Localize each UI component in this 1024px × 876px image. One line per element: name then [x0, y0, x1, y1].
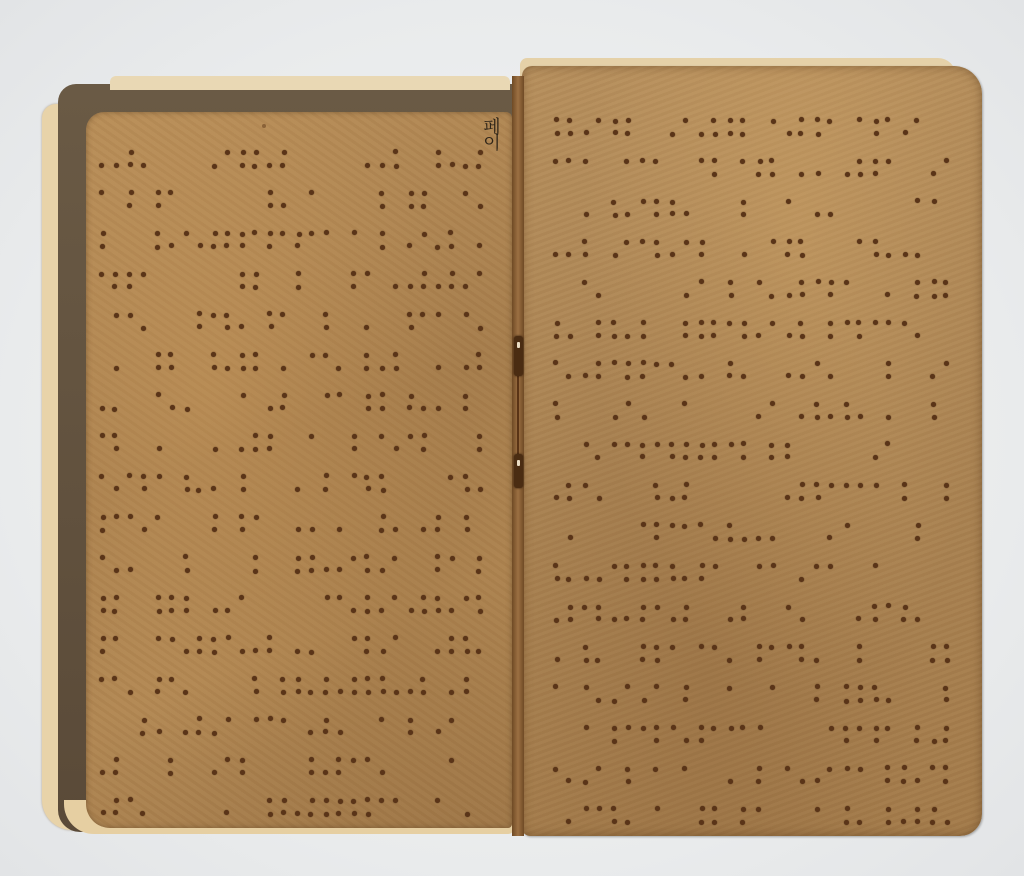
braille-dot: [252, 164, 257, 169]
braille-dot: [239, 514, 244, 519]
braille-dot: [435, 567, 440, 572]
braille-dot: [197, 716, 202, 721]
braille-dot: [915, 253, 920, 258]
braille-dot: [944, 483, 949, 488]
braille-dot: [742, 537, 747, 542]
braille-dot: [393, 798, 398, 803]
braille-dot: [684, 685, 689, 690]
braille-dot: [857, 820, 862, 825]
braille-dot: [184, 596, 189, 601]
braille-dot: [477, 434, 482, 439]
braille-dot: [113, 636, 118, 641]
braille-dot: [239, 324, 244, 329]
braille-dot: [684, 482, 689, 487]
braille-dot: [226, 635, 231, 640]
braille-dot: [253, 648, 258, 653]
braille-dot: [555, 131, 560, 136]
braille-dot: [930, 765, 935, 770]
braille-dot: [421, 595, 426, 600]
braille-dot: [224, 810, 229, 815]
braille-dot: [142, 486, 147, 491]
braille-dot: [700, 240, 705, 245]
braille-dot: [770, 685, 775, 690]
braille-dot: [420, 312, 425, 317]
braille-dot: [380, 568, 385, 573]
braille-dot: [798, 321, 803, 326]
braille-dot: [670, 496, 675, 501]
braille-dot: [844, 280, 849, 285]
braille-dot: [915, 280, 920, 285]
braille-dot: [699, 132, 704, 137]
braille-dot: [713, 536, 718, 541]
braille-dot: [553, 159, 558, 164]
braille-dot: [873, 159, 878, 164]
braille-dot: [170, 405, 175, 410]
braille-dot: [757, 657, 762, 662]
braille-dot: [449, 244, 454, 249]
braille-dot: [800, 482, 805, 487]
braille-dot: [323, 487, 328, 492]
braille-dot: [408, 284, 413, 289]
braille-dot: [844, 684, 849, 689]
braille-dot: [624, 159, 629, 164]
braille-dot: [654, 738, 659, 743]
braille-dot: [309, 434, 314, 439]
braille-dot: [253, 366, 258, 371]
braille-dot: [420, 677, 425, 682]
braille-dot: [727, 523, 732, 528]
braille-dot: [566, 819, 571, 824]
braille-dot: [241, 487, 246, 492]
braille-dot: [554, 334, 559, 339]
braille-dot: [932, 279, 937, 284]
braille-dot: [407, 243, 412, 248]
braille-dot: [885, 117, 890, 122]
braille-dot: [323, 353, 328, 358]
braille-dot: [211, 244, 216, 249]
braille-dot: [886, 374, 891, 379]
braille-dot: [365, 636, 370, 641]
braille-dot: [873, 320, 878, 325]
braille-dot: [337, 392, 342, 397]
braille-dot: [611, 806, 616, 811]
braille-dot: [268, 406, 273, 411]
braille-dot: [253, 285, 258, 290]
braille-dot: [655, 495, 660, 500]
braille-dot: [641, 522, 646, 527]
braille-dot: [449, 758, 454, 763]
braille-dot: [769, 294, 774, 299]
braille-dot: [554, 495, 559, 500]
braille-dot: [295, 811, 300, 816]
braille-dot: [379, 608, 384, 613]
braille-dot: [886, 807, 891, 812]
braille-dot: [582, 605, 587, 610]
braille-dot: [101, 231, 106, 236]
braille-dot: [409, 608, 414, 613]
braille-dot: [612, 334, 617, 339]
braille-dot: [309, 190, 314, 195]
braille-dot: [640, 657, 645, 662]
braille-dot: [100, 649, 105, 654]
braille-dot: [815, 212, 820, 217]
braille-dot: [769, 158, 774, 163]
braille-dot: [323, 312, 328, 317]
braille-dot: [740, 725, 745, 730]
braille-dot: [197, 311, 202, 316]
braille-dot: [596, 766, 601, 771]
braille-dot: [655, 253, 660, 258]
braille-dot: [352, 230, 357, 235]
braille-dot: [815, 415, 820, 420]
braille-dot: [477, 447, 482, 452]
braille-dot: [352, 690, 357, 695]
braille-dot: [309, 757, 314, 762]
braille-dot: [185, 568, 190, 573]
braille-dot: [366, 394, 371, 399]
braille-dot: [874, 726, 879, 731]
braille-dot: [422, 232, 427, 237]
braille-dot: [785, 766, 790, 771]
braille-dot: [127, 284, 132, 289]
braille-dot: [625, 820, 630, 825]
braille-dot: [381, 649, 386, 654]
braille-dot: [169, 677, 174, 682]
braille-dot: [254, 272, 259, 277]
braille-dot: [101, 636, 106, 641]
braille-dot: [596, 118, 601, 123]
braille-dot: [727, 686, 732, 691]
braille-dot: [566, 158, 571, 163]
braille-dot: [241, 366, 246, 371]
braille-dot: [281, 690, 286, 695]
braille-dot: [654, 240, 659, 245]
braille-dot: [713, 132, 718, 137]
braille-dot: [366, 690, 371, 695]
braille-dot: [814, 658, 819, 663]
braille-dot: [845, 806, 850, 811]
braille-dot: [450, 271, 455, 276]
braille-dot: [352, 636, 357, 641]
braille-dot: [597, 496, 602, 501]
braille-dot: [296, 271, 301, 276]
braille-dot: [240, 163, 245, 168]
braille-dot: [310, 527, 315, 532]
braille-dot: [932, 415, 937, 420]
braille-dot: [787, 131, 792, 136]
braille-dot: [157, 609, 162, 614]
braille-dot: [336, 757, 341, 762]
braille-dot: [670, 252, 675, 257]
braille-dot: [463, 284, 468, 289]
braille-dot: [741, 200, 746, 205]
braille-dot: [624, 577, 629, 582]
braille-dot: [902, 321, 907, 326]
braille-dot: [612, 442, 617, 447]
braille-dot: [365, 797, 370, 802]
braille-dot: [380, 676, 385, 681]
braille-dot: [409, 204, 414, 209]
braille-dot: [156, 190, 161, 195]
braille-dot: [670, 523, 675, 528]
braille-dot: [800, 253, 805, 258]
braille-dot: [886, 253, 891, 258]
braille-dot: [771, 563, 776, 568]
braille-dot: [740, 118, 745, 123]
braille-dot: [669, 442, 674, 447]
braille-dot: [253, 555, 258, 560]
braille-dot: [886, 320, 891, 325]
braille-dot: [915, 333, 920, 338]
braille-dot: [858, 414, 863, 419]
braille-dot: [568, 617, 573, 622]
braille-dot: [653, 483, 658, 488]
braille-dot: [857, 644, 862, 649]
braille-dot: [128, 514, 133, 519]
braille-dot: [267, 311, 272, 316]
braille-dot: [408, 730, 413, 735]
braille-dot: [449, 649, 454, 654]
braille-dot: [655, 806, 660, 811]
braille-dot: [829, 726, 834, 731]
braille-dot: [351, 758, 356, 763]
braille-dot: [872, 685, 877, 690]
braille-dot: [814, 402, 819, 407]
braille-dot: [873, 617, 878, 622]
braille-dot: [393, 352, 398, 357]
braille-dot: [844, 738, 849, 743]
braille-dot: [641, 605, 646, 610]
braille-dot: [640, 617, 645, 622]
braille-dot: [142, 527, 147, 532]
braille-dot: [169, 243, 174, 248]
braille-dot: [654, 212, 659, 217]
braille-dot: [626, 779, 631, 784]
braille-dot: [741, 807, 746, 812]
braille-dot: [463, 164, 468, 169]
braille-dot: [477, 365, 482, 370]
braille-dot: [786, 605, 791, 610]
braille-dot: [641, 563, 646, 568]
braille-dot: [449, 690, 454, 695]
braille-dot: [931, 171, 936, 176]
braille-dot: [211, 637, 216, 642]
braille-dot: [756, 807, 761, 812]
braille-dot: [253, 447, 258, 452]
braille-dot: [567, 118, 572, 123]
braille-dot: [566, 374, 571, 379]
braille-dot: [141, 474, 146, 479]
braille-dot: [741, 455, 746, 460]
braille-dot: [421, 690, 426, 695]
braille-dot: [584, 658, 589, 663]
braille-dot: [211, 352, 216, 357]
braille-dot: [366, 406, 371, 411]
braille-dot: [156, 365, 161, 370]
braille-dot: [787, 644, 792, 649]
braille-dot: [252, 676, 257, 681]
braille-dot: [770, 401, 775, 406]
braille-dot: [156, 595, 161, 600]
braille-dot: [281, 810, 286, 815]
braille-dot: [758, 159, 763, 164]
braille-dot: [280, 677, 285, 682]
braille-dot: [654, 725, 659, 730]
braille-dot: [931, 402, 936, 407]
braille-dot: [684, 442, 689, 447]
braille-dot: [800, 334, 805, 339]
binding-stitch: [514, 454, 523, 488]
braille-dot: [829, 483, 834, 488]
braille-dot: [613, 130, 618, 135]
braille-dot: [114, 486, 119, 491]
braille-dot: [596, 605, 601, 610]
braille-dot: [943, 293, 948, 298]
braille-dot: [450, 162, 455, 167]
braille-dot: [625, 334, 630, 339]
braille-dot: [642, 698, 647, 703]
braille-dot: [324, 798, 329, 803]
braille-dot: [129, 190, 134, 195]
braille-dot: [114, 163, 119, 168]
braille-dot: [381, 488, 386, 493]
braille-dot: [351, 556, 356, 561]
braille-dot: [435, 596, 440, 601]
braille-dot: [169, 365, 174, 370]
braille-dot: [184, 231, 189, 236]
braille-dot: [799, 644, 804, 649]
braille-dot: [944, 644, 949, 649]
braille-dot: [463, 406, 468, 411]
braille-dot: [932, 199, 937, 204]
braille-dot: [624, 564, 629, 569]
braille-dot: [684, 293, 689, 298]
braille-dot: [254, 717, 259, 722]
braille-dot: [281, 718, 286, 723]
braille-dot: [379, 717, 384, 722]
braille-dot: [268, 716, 273, 721]
braille-dot: [873, 455, 878, 460]
braille-dot: [268, 434, 273, 439]
braille-dot: [380, 392, 385, 397]
braille-dot: [99, 677, 104, 682]
braille-dot: [476, 649, 481, 654]
braille-dot: [829, 280, 834, 285]
braille-dot: [915, 778, 920, 783]
braille-dot: [729, 293, 734, 298]
braille-dot: [655, 658, 660, 663]
braille-dot: [465, 812, 470, 817]
braille-dot: [814, 697, 819, 702]
braille-dot: [379, 528, 384, 533]
braille-dot: [844, 483, 849, 488]
braille-dot: [669, 362, 674, 367]
braille-dot: [478, 150, 483, 155]
braille-dot: [408, 718, 413, 723]
braille-dot: [828, 564, 833, 569]
braille-dot: [903, 130, 908, 135]
braille-dot: [408, 689, 413, 694]
braille-dot: [324, 812, 329, 817]
braille-dot: [225, 608, 230, 613]
braille-dot: [742, 321, 747, 326]
braille-dot: [770, 321, 775, 326]
braille-dot: [296, 677, 301, 682]
braille-dot: [184, 608, 189, 613]
braille-dot: [641, 726, 646, 731]
braille-dot: [393, 527, 398, 532]
braille-dot: [857, 726, 862, 731]
braille-dot: [170, 637, 175, 642]
braille-dot: [713, 564, 718, 569]
braille-dot: [566, 483, 571, 488]
braille-dot: [477, 271, 482, 276]
braille-dot: [114, 366, 119, 371]
braille-dot: [380, 366, 385, 371]
braille-dot: [197, 636, 202, 641]
braille-dot: [296, 556, 301, 561]
braille-dot: [727, 321, 732, 326]
braille-dot: [280, 312, 285, 317]
braille-dot: [711, 320, 716, 325]
left-braille-page: [86, 112, 512, 828]
braille-dot: [295, 243, 300, 248]
braille-dot: [785, 252, 790, 257]
braille-dot: [476, 595, 481, 600]
braille-dot: [596, 616, 601, 621]
braille-dot: [128, 797, 133, 802]
braille-dot: [641, 334, 646, 339]
braille-dot: [844, 402, 849, 407]
braille-dot: [932, 807, 937, 812]
braille-dot: [827, 767, 832, 772]
braille-dot: [324, 473, 329, 478]
braille-dot: [641, 360, 646, 365]
braille-dot: [786, 373, 791, 378]
braille-dot: [281, 203, 286, 208]
braille-dot: [885, 292, 890, 297]
braille-dot: [465, 649, 470, 654]
braille-dot: [408, 434, 413, 439]
braille-dot: [141, 326, 146, 331]
braille-dot: [771, 239, 776, 244]
braille-dot: [828, 212, 833, 217]
braille-dot: [308, 812, 313, 817]
braille-dot: [240, 284, 245, 289]
braille-dot: [612, 726, 617, 731]
braille-dot: [856, 616, 861, 621]
braille-dot: [828, 414, 833, 419]
braille-dot: [198, 243, 203, 248]
braille-dot: [364, 353, 369, 358]
braille-dot: [114, 595, 119, 600]
braille-dot: [196, 730, 201, 735]
braille-dot: [640, 158, 645, 163]
braille-dot: [684, 605, 689, 610]
braille-dot: [741, 374, 746, 379]
braille-dot: [914, 738, 919, 743]
braille-dot: [268, 231, 273, 236]
braille-dot: [584, 806, 589, 811]
braille-dot: [857, 117, 862, 122]
braille-dot: [931, 644, 936, 649]
braille-dot: [113, 272, 118, 277]
braille-dot: [757, 644, 762, 649]
braille-dot: [741, 441, 746, 446]
braille-dot: [670, 211, 675, 216]
braille-dot: [240, 272, 245, 277]
braille-dot: [365, 757, 370, 762]
